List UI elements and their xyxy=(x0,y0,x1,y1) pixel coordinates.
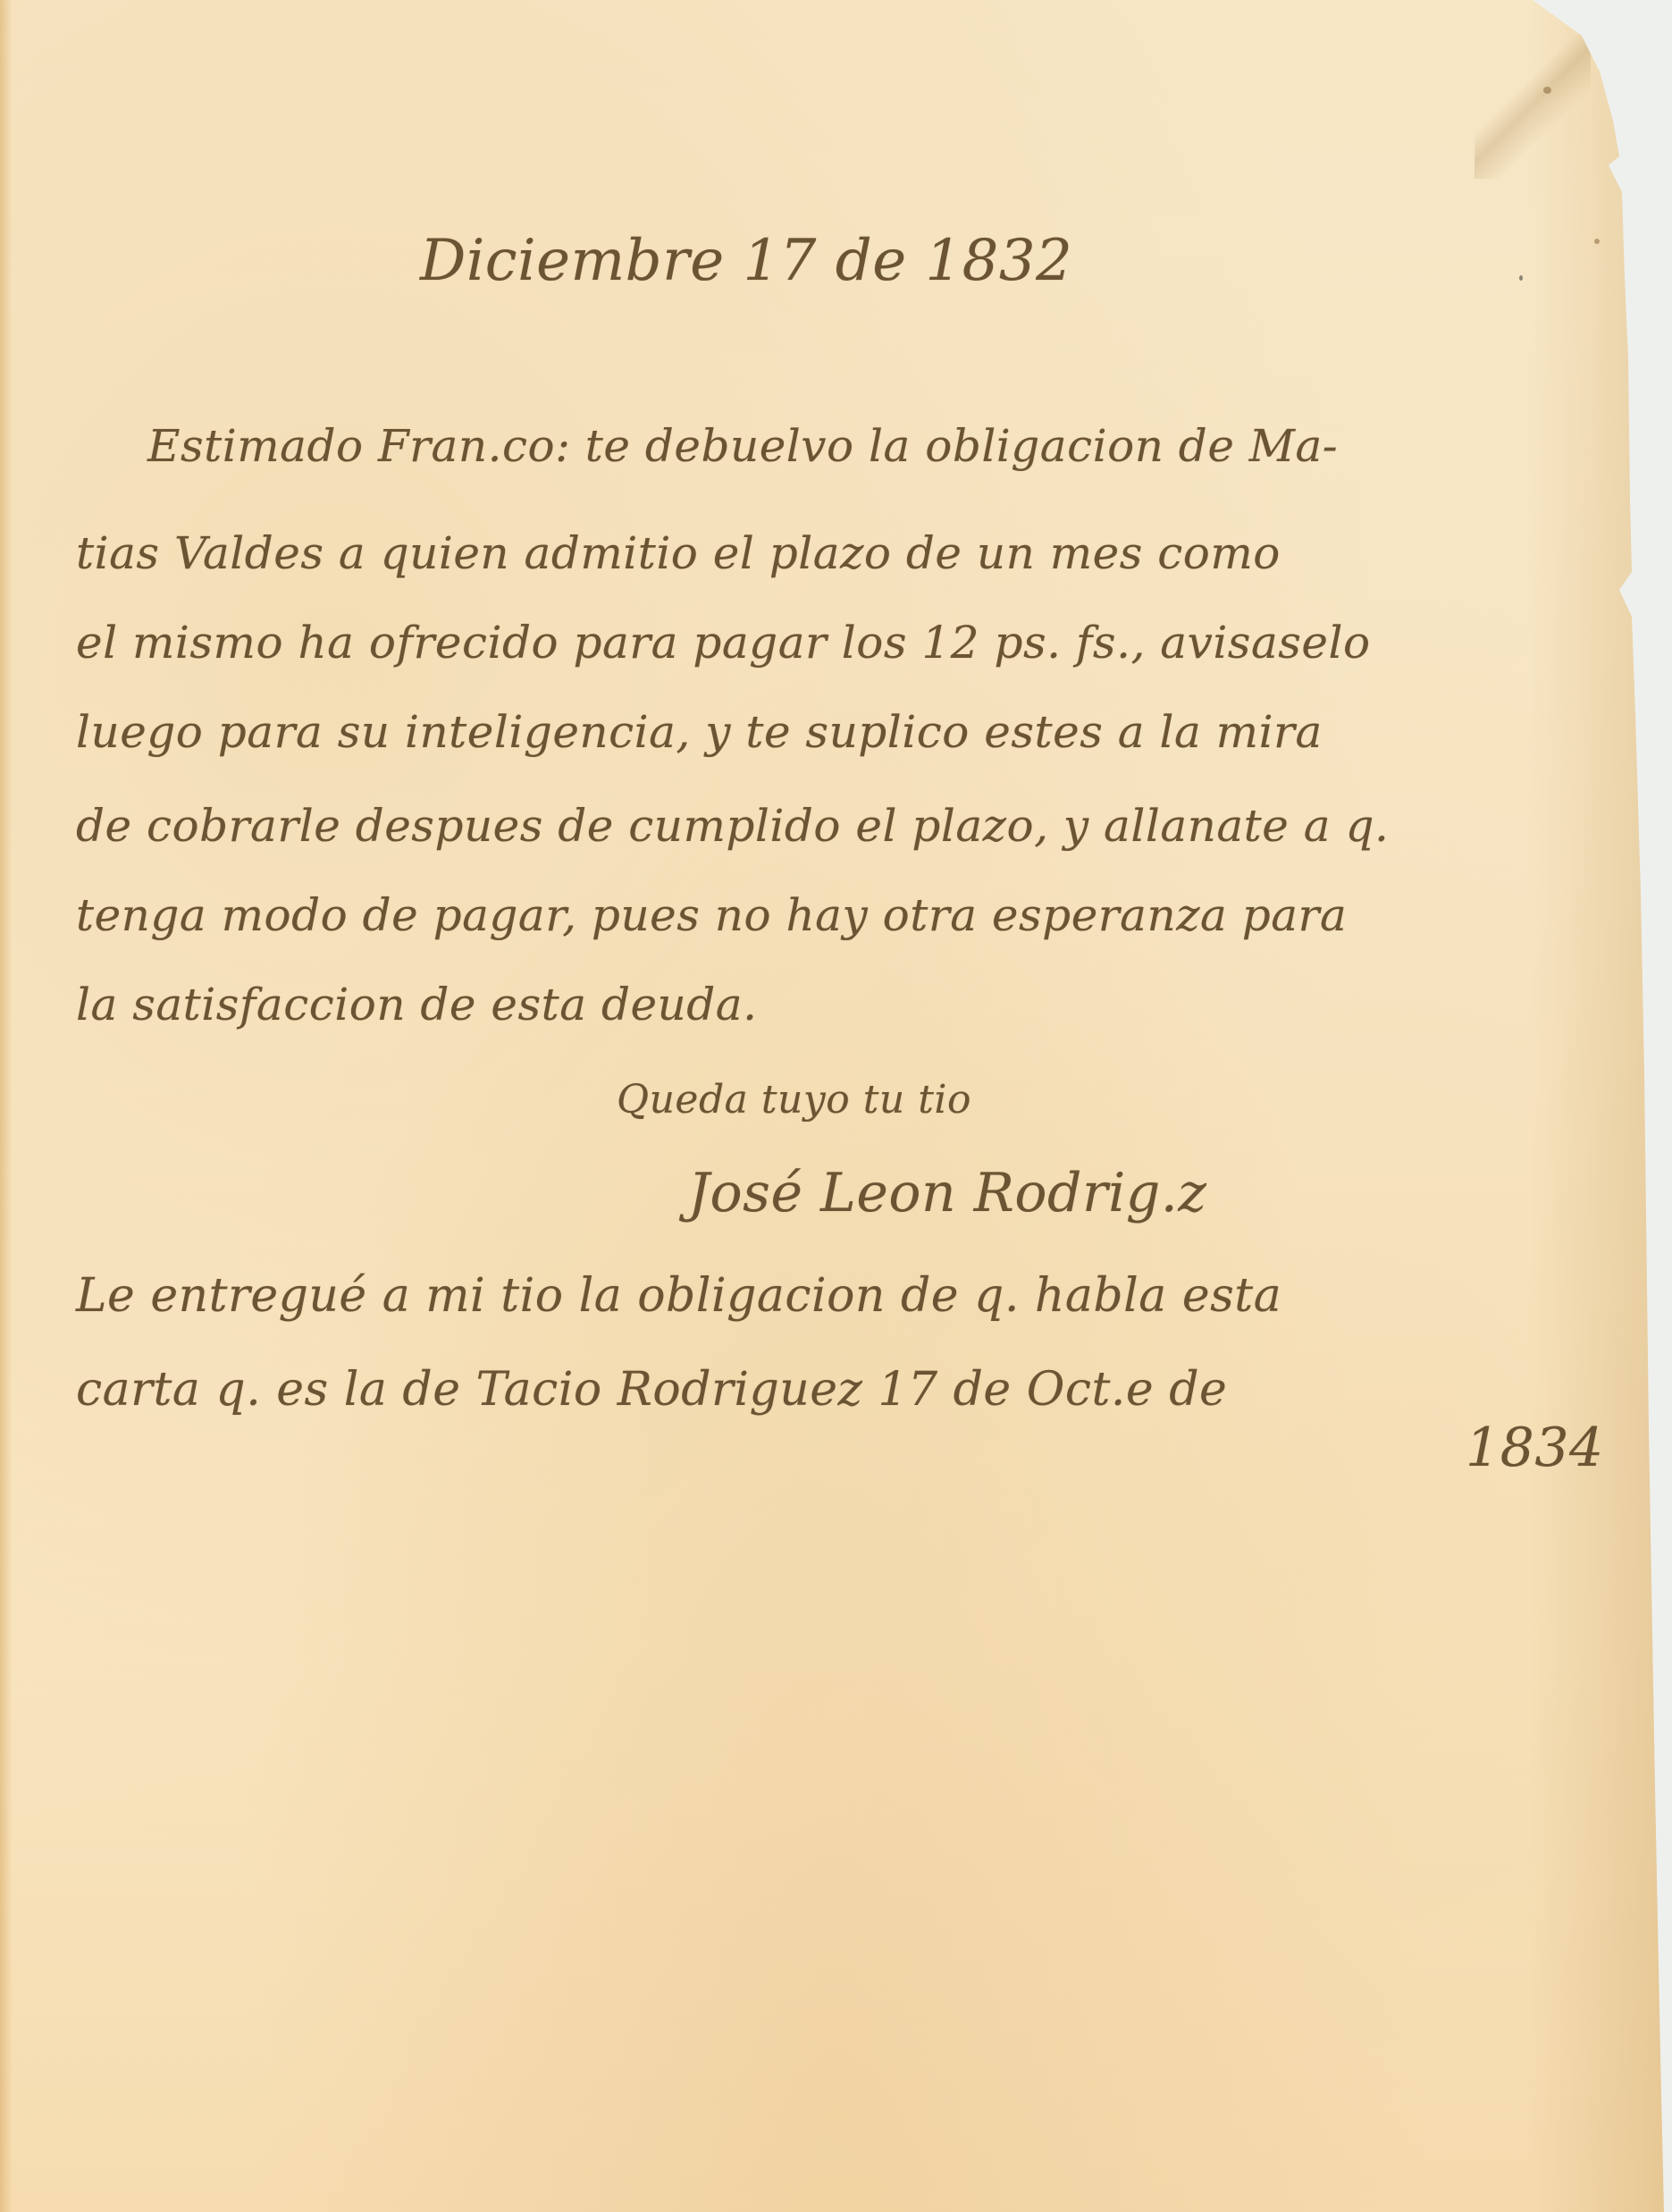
postscript-line-1: Le entregué a mi tio la obligacion de q.… xyxy=(76,1269,1281,1323)
body-line-1: Estimado Fran.co: te debuelvo la obligac… xyxy=(147,420,1338,472)
postscript-line-2: carta q. es la de Tacio Rodriguez 17 de … xyxy=(76,1363,1227,1417)
postscript-year: 1834 xyxy=(1466,1417,1604,1479)
letter-date: Diciembre 17 de 1832 xyxy=(420,228,1072,294)
body-line-4: luego para su inteligencia, y te suplico… xyxy=(76,706,1323,758)
body-line-2: tias Valdes a quien admitio el plazo de … xyxy=(76,527,1281,579)
letter-sheet: Diciembre 17 de 1832 Estimado Fran.co: t… xyxy=(0,0,1672,2212)
torn-corner-fold xyxy=(1475,0,1591,179)
body-line-3: el mismo ha ofrecido para pagar los 12 p… xyxy=(76,617,1371,669)
foxing-spot xyxy=(1543,87,1551,94)
body-line-7: la satisfaccion de esta deuda. xyxy=(76,979,757,1030)
foxing-spot xyxy=(1519,275,1523,281)
foxing-spot xyxy=(1594,239,1600,244)
body-line-5: de cobrarle despues de cumplido el plazo… xyxy=(76,800,1389,852)
letter-signature: José Leon Rodrig.z xyxy=(688,1162,1206,1224)
paper-edge-stain-right xyxy=(1529,0,1672,2212)
letter-closing: Queda tuyo tu tio xyxy=(617,1077,971,1123)
body-line-6: tenga modo de pagar, pues no hay otra es… xyxy=(76,889,1347,941)
paper-edge-stain-left xyxy=(0,0,13,2212)
